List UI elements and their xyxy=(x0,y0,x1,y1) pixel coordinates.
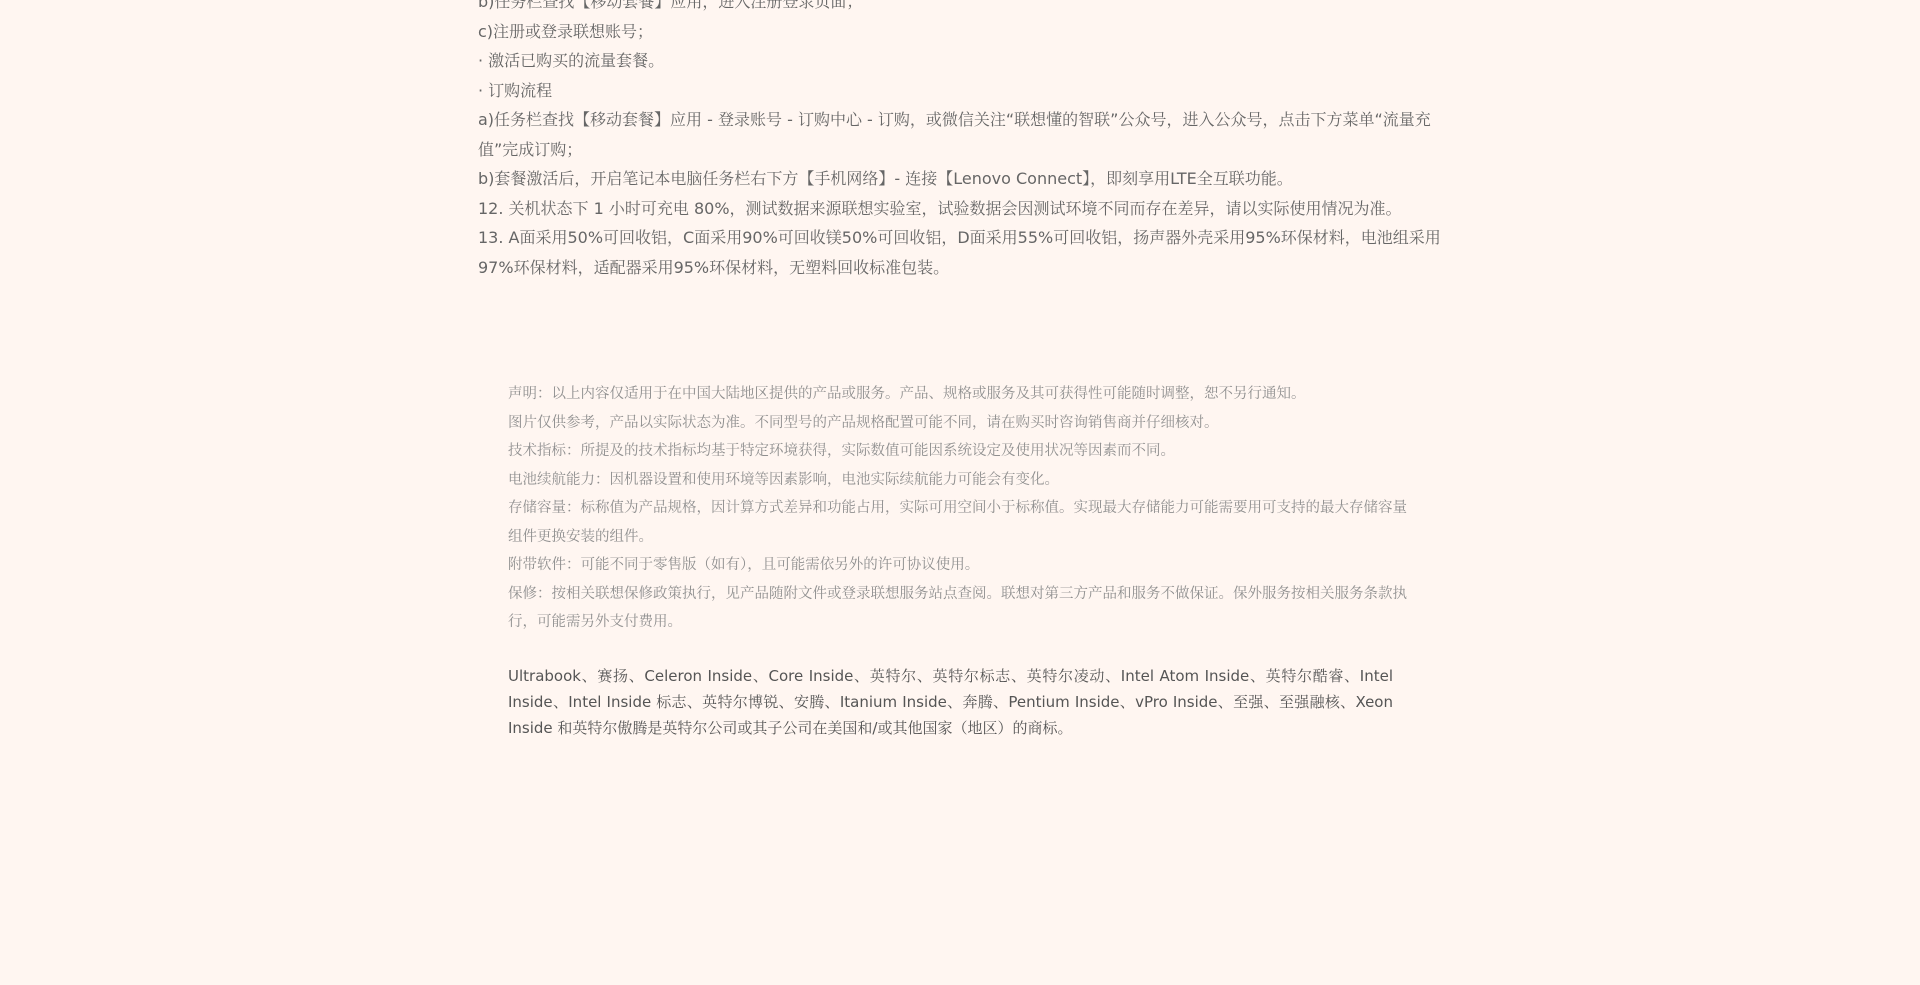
disclaimer-section: 声明：以上内容仅适用于在中国大陆地区提供的产品或服务。产品、规格或服务及其可获得… xyxy=(508,380,1408,637)
disclaimer-storage-capacity: 存储容量：标称值为产品规格，因计算方式差异和功能占用，实际可用空间小于标称值。实… xyxy=(508,494,1408,551)
footnote-line: · 激活已购买的流量套餐。 xyxy=(478,46,1468,76)
trademark-notice: Ultrabook、赛扬、Celeron Inside、Core Inside、… xyxy=(508,663,1393,741)
disclaimer-bundled-software: 附带软件：可能不同于零售版（如有），且可能需依另外的许可协议使用。 xyxy=(508,551,1408,580)
footnote-12: 12. 关机状态下 1 小时可充电 80%，测试数据来源联想实验室，试验数据会因… xyxy=(478,194,1468,224)
footnote-line: b)套餐激活后，开启笔记本电脑任务栏右下方【手机网络】- 连接【Lenovo C… xyxy=(478,164,1468,194)
disclaimer-warranty: 保修：按相关联想保修政策执行，见产品随附文件或登录联想服务站点查阅。联想对第三方… xyxy=(508,580,1408,637)
disclaimer-battery-life: 电池续航能力：因机器设置和使用环境等因素影响，电池实际续航能力可能会有变化。 xyxy=(508,466,1408,495)
disclaimer-tech-specs: 技术指标：所提及的技术指标均基于特定环境获得，实际数值可能因系统设定及使用状况等… xyxy=(508,437,1408,466)
footnote-line: · 订购流程 xyxy=(478,76,1468,106)
footnote-13: 13. A面采用50%可回收铝，C面采用90%可回收镁50%可回收铝，D面采用5… xyxy=(478,223,1468,282)
disclaimer-statement: 声明：以上内容仅适用于在中国大陆地区提供的产品或服务。产品、规格或服务及其可获得… xyxy=(508,380,1408,409)
footnote-line: a)任务栏查找【移动套餐】应用 - 登录账号 - 订购中心 - 订购，或微信关注… xyxy=(478,105,1468,164)
footnote-line: c)注册或登录联想账号； xyxy=(478,17,1468,47)
disclaimer-image-reference: 图片仅供参考，产品以实际状态为准。不同型号的产品规格配置可能不同，请在购买时咨询… xyxy=(508,409,1408,438)
footnotes-section: b)任务栏查找【移动套餐】应用，进入注册登录页面； c)注册或登录联想账号； ·… xyxy=(478,0,1468,282)
footnote-line: b)任务栏查找【移动套餐】应用，进入注册登录页面； xyxy=(478,0,1468,17)
